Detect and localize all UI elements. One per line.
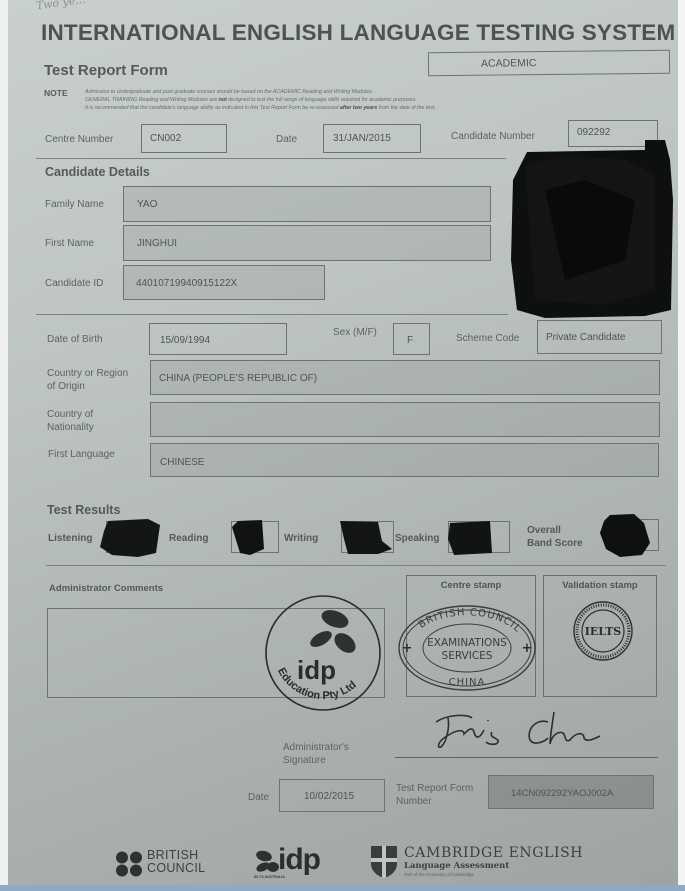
overall-band-score-redacted xyxy=(598,513,653,559)
overall-band-label-line2: Band Score xyxy=(527,538,583,549)
country-of-origin-label-line2: of Origin xyxy=(47,381,85,392)
module-value: ACADEMIC xyxy=(481,57,537,70)
divider xyxy=(46,565,666,566)
plus-icon: + xyxy=(402,641,413,656)
first-name-label: First Name xyxy=(45,237,94,250)
sex-value: F xyxy=(407,335,413,346)
centre-stamp-bottom-text: CHINA xyxy=(449,677,486,688)
reading-score-redacted xyxy=(230,519,268,557)
centre-stamp-title: Centre stamp xyxy=(407,580,535,591)
test-date-field: 31/JAN/2015 xyxy=(323,124,421,153)
note-line-2: GENERAL TRAINING Reading and Writing Mod… xyxy=(85,97,416,103)
speaking-label: Speaking xyxy=(395,532,439,545)
first-name-field: JINGHUI xyxy=(123,225,491,261)
scheme-code-value: Private Candidate xyxy=(546,332,626,343)
centre-number-value: CN002 xyxy=(150,133,181,144)
date-of-birth-label: Date of Birth xyxy=(47,333,103,346)
idp-education-stamp: idp Education Pty Ltd xyxy=(263,593,383,713)
trf-number-value: 14CN092292YAOJ002A xyxy=(511,788,613,799)
candidate-id-field: 44010719940915122X xyxy=(123,265,325,300)
speaking-score-redacted xyxy=(446,519,496,557)
candidate-details-heading: Candidate Details xyxy=(45,165,150,179)
candidate-id-label: Candidate ID xyxy=(45,277,103,290)
date-of-birth-value: 15/09/1994 xyxy=(160,335,210,346)
reading-label: Reading xyxy=(169,532,208,545)
british-council-dots-icon xyxy=(115,851,145,877)
country-of-origin-value: CHINA (PEOPLE'S REPUBLIC OF) xyxy=(159,373,317,384)
idp-leaf-icon xyxy=(308,607,360,657)
overall-band-label: Overall Band Score xyxy=(527,524,583,550)
ielts-seal-stamp: IELTS xyxy=(572,600,634,662)
listening-label: Listening xyxy=(48,532,92,545)
country-of-nationality-field xyxy=(150,402,660,437)
country-of-nationality-label-line2: Nationality xyxy=(47,422,94,433)
country-of-origin-label: Country or Region of Origin xyxy=(47,367,128,393)
note-line-1: Admission to undergraduate and post grad… xyxy=(85,89,373,95)
family-name-field: YAO xyxy=(123,186,491,222)
validation-stamp-title: Validation stamp xyxy=(544,580,656,591)
sex-field: F xyxy=(393,323,430,355)
family-name-label: Family Name xyxy=(45,198,104,211)
centre-stamp-middle-line1: EXAMINATIONS xyxy=(427,637,507,649)
test-results-heading: Test Results xyxy=(47,503,120,517)
centre-number-label: Centre Number xyxy=(45,133,113,146)
british-council-stamp: BRITISH COUNCIL EXAMINATIONS SERVICES CH… xyxy=(396,603,538,693)
trf-number-label: Test Report Form Number xyxy=(396,782,473,808)
administrator-comments-label: Administrator Comments xyxy=(49,582,163,595)
form-name: Test Report Form xyxy=(44,62,168,79)
idp-leaf-icon xyxy=(254,849,280,875)
cambridge-line3: Part of the University of Cambridge xyxy=(404,872,474,877)
scheme-code-field: Private Candidate xyxy=(537,320,662,354)
writing-label: Writing xyxy=(284,532,318,545)
idp-brand: idp xyxy=(278,843,320,877)
idp-sub: IELTS AUSTRALIA xyxy=(254,875,285,879)
page-margin-left xyxy=(0,0,8,891)
signature-line xyxy=(395,757,658,758)
trf-number-field: 14CN092292YAOJ002A xyxy=(488,775,654,809)
country-of-origin-label-line1: Country or Region xyxy=(47,368,128,379)
candidate-number-value: 092292 xyxy=(577,127,610,138)
cambridge-line2: Language Assessment xyxy=(404,861,509,871)
british-council-line2: COUNCIL xyxy=(147,861,205,875)
validation-stamp-text: IELTS xyxy=(585,625,622,638)
scheme-code-label: Scheme Code xyxy=(456,332,519,345)
divider xyxy=(36,158,506,159)
signature-label-line2: Signature xyxy=(283,755,326,766)
issue-date-field: 10/02/2015 xyxy=(279,779,385,812)
test-date-label: Date xyxy=(276,133,297,146)
handwritten-note: Two ye... xyxy=(35,0,86,12)
centre-number-field: CN002 xyxy=(141,124,227,153)
trf-number-label-line1: Test Report Form xyxy=(396,783,473,794)
issue-date-value: 10/02/2015 xyxy=(304,791,354,802)
redacted-photo xyxy=(505,140,675,320)
document-title: INTERNATIONAL ENGLISH LANGUAGE TESTING S… xyxy=(41,20,675,46)
divider xyxy=(36,314,508,315)
cambridge-line1: CAMBRIDGE ENGLISH xyxy=(404,845,583,861)
sex-label: Sex (M/F) xyxy=(333,326,377,339)
note-label: NOTE xyxy=(44,88,68,98)
administrator-signature xyxy=(428,708,618,758)
issue-date-label: Date xyxy=(248,791,269,804)
signature-label-line1: Administrator's xyxy=(283,742,349,753)
candidate-id-value: 44010719940915122X xyxy=(136,278,237,289)
test-date-value: 31/JAN/2015 xyxy=(333,133,391,144)
cambridge-shield-icon xyxy=(370,845,398,879)
page-bottom-edge xyxy=(0,885,685,891)
listening-score-redacted xyxy=(98,517,164,559)
centre-stamp-middle-line2: SERVICES xyxy=(442,650,493,662)
country-of-nationality-label-line1: Country of xyxy=(47,409,93,420)
first-language-value: CHINESE xyxy=(160,457,204,468)
writing-score-redacted xyxy=(338,519,394,557)
idp-stamp-brand: idp xyxy=(297,655,336,685)
module-box: ACADEMIC xyxy=(428,50,670,77)
test-report-form: Two ye... INTERNATIONAL ENGLISH LANGUAGE… xyxy=(8,0,678,885)
first-name-value: JINGHUI xyxy=(137,238,177,249)
first-language-field: CHINESE xyxy=(150,443,659,477)
validation-stamp-box: Validation stamp IELTS xyxy=(543,575,657,697)
overall-band-label-line1: Overall xyxy=(527,525,561,536)
country-of-nationality-label: Country of Nationality xyxy=(47,408,94,434)
first-language-label: First Language xyxy=(48,448,115,461)
family-name-value: YAO xyxy=(137,199,157,210)
page-margin-right xyxy=(678,0,685,891)
plus-icon: + xyxy=(522,641,533,656)
trf-number-label-line2: Number xyxy=(396,796,432,807)
signature-label: Administrator's Signature xyxy=(283,741,349,767)
country-of-origin-field: CHINA (PEOPLE'S REPUBLIC OF) xyxy=(150,360,660,395)
date-of-birth-field: 15/09/1994 xyxy=(149,323,287,355)
note-line-3: It is recommended that the candidate's l… xyxy=(85,105,436,111)
